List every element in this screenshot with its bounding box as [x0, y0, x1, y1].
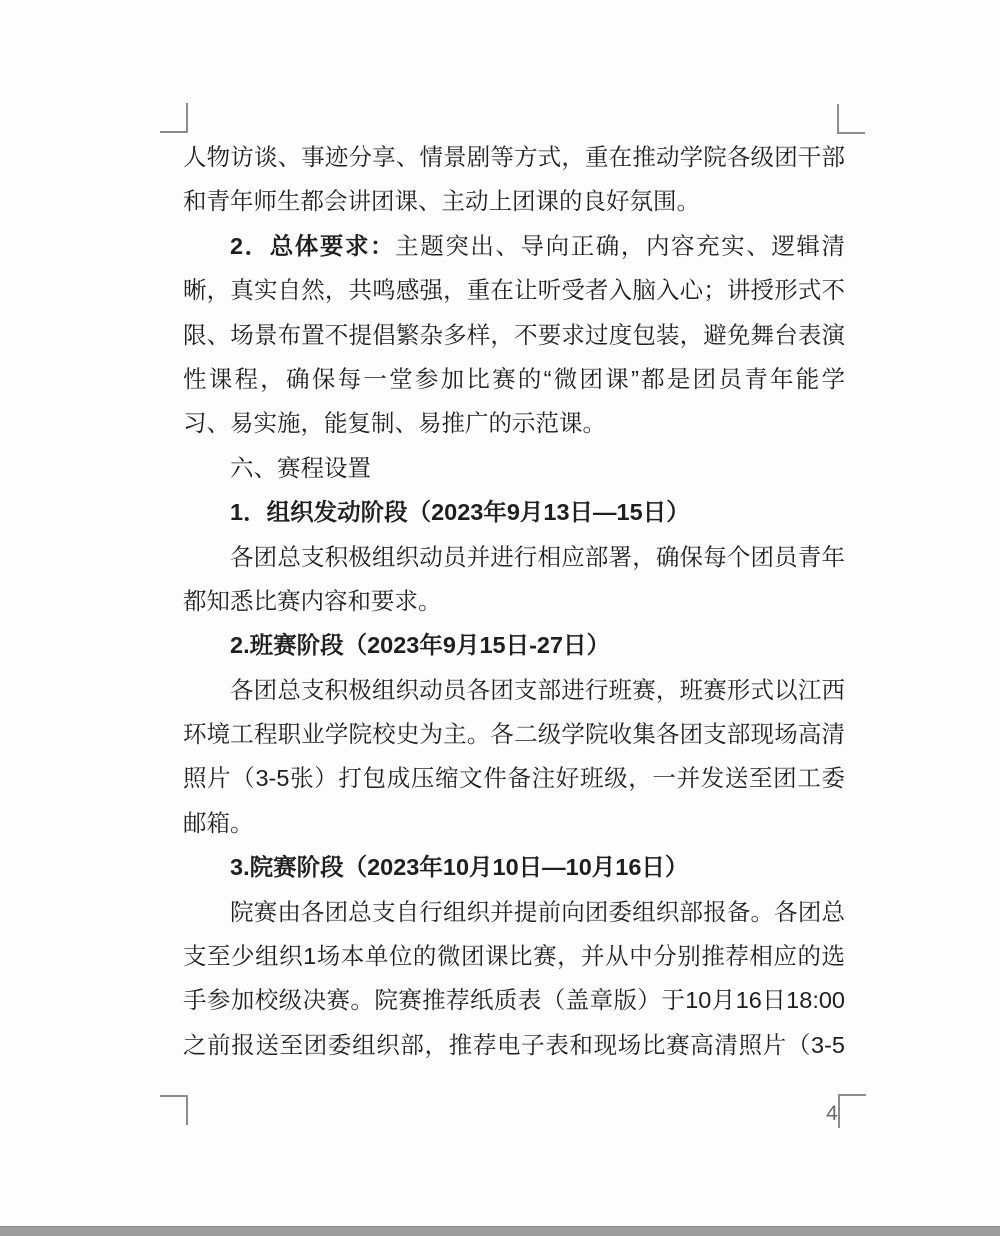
- text-line: 晰，真实自然，共鸣感强，重在让听受者入脑入心；讲授形式不: [183, 268, 845, 312]
- text-line: 环境工程职业学院校史为主。各二级学院收集各团支部现场高清: [183, 712, 845, 756]
- line-text: 主题突出、导向正确，内容充实、逻辑清: [395, 233, 845, 259]
- text-line: 支至少组织1场本单位的微团课比赛，并从中分别推荐相应的选: [183, 934, 845, 978]
- text-line: 各团总支积极组织动员并进行相应部署，确保每个团员青年: [183, 535, 845, 579]
- text-line: 习、易实施，能复制、易推广的示范课。: [183, 401, 845, 445]
- paragraph-heading-label: 2．总体要求：: [230, 233, 395, 259]
- text-line: 性课程，确保每一堂参加比赛的“微团课”都是团员青年能学: [183, 357, 845, 401]
- stage-heading: 2.班赛阶段（2023年9月15日-27日）: [183, 623, 845, 667]
- document-page: 人物访谈、事迹分享、情景剧等方式，重在推动学院各级团干部 和青年师生都会讲团课、…: [0, 0, 1000, 1236]
- stage-heading: 1．组织发动阶段（2023年9月13日—15日）: [183, 490, 845, 534]
- crop-mark-top-left: [160, 103, 188, 133]
- text-line: 各团总支积极组织动员各团支部进行班赛，班赛形式以江西: [183, 668, 845, 712]
- text-line: 之前报送至团委组织部，推荐电子表和现场比赛高清照片（3-5: [183, 1023, 845, 1067]
- page-number: 4: [822, 1100, 842, 1128]
- text-line: 手参加校级决赛。院赛推荐纸质表（盖章版）于10月16日18:00: [183, 978, 845, 1022]
- crop-mark-bottom-left: [160, 1095, 188, 1125]
- stage-heading: 3.院赛阶段（2023年10月10日—10月16日）: [183, 845, 845, 889]
- crop-mark-bottom-right: [838, 1094, 866, 1128]
- text-line: 限、场景布置不提倡繁杂多样，不要求过度包装，避免舞台表演: [183, 313, 845, 357]
- page-edge-strip: [0, 1226, 1000, 1236]
- section-heading: 六、赛程设置: [183, 446, 845, 490]
- text-line: 都知悉比赛内容和要求。: [183, 579, 845, 623]
- text-line: 院赛由各团总支自行组织并提前向团委组织部报备。各团总: [183, 890, 845, 934]
- text-line: 和青年师生都会讲团课、主动上团课的良好氛围。: [183, 179, 845, 223]
- text-line: 邮箱。: [183, 801, 845, 845]
- document-body: 人物访谈、事迹分享、情景剧等方式，重在推动学院各级团干部 和青年师生都会讲团课、…: [183, 135, 845, 1067]
- text-line: 人物访谈、事迹分享、情景剧等方式，重在推动学院各级团干部: [183, 135, 845, 179]
- text-line: 2．总体要求：主题突出、导向正确，内容充实、逻辑清: [183, 224, 845, 268]
- crop-mark-top-right: [837, 104, 865, 134]
- text-line: 照片（3-5张）打包成压缩文件备注好班级，一并发送至团工委: [183, 756, 845, 800]
